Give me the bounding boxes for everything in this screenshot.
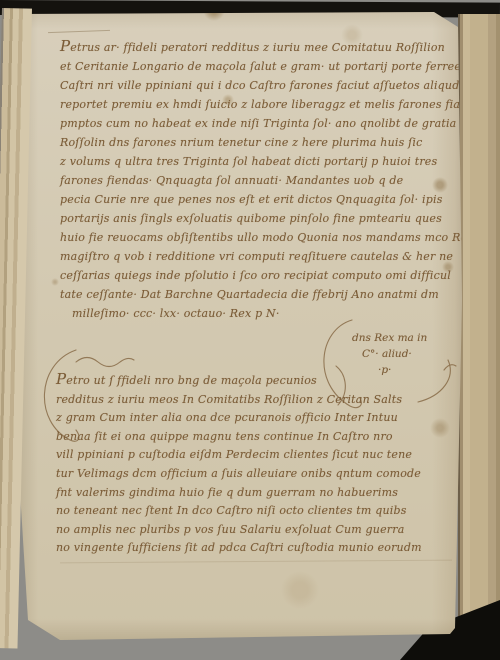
text-line: Petro ut ſ ffideli nro bng de maçola pec… (56, 370, 422, 391)
entry-first-text-block: Petrus ar· ffideli peratori redditus z i… (60, 37, 489, 323)
text-line: pecia Curie nre que penes nos eſt et eri… (60, 190, 489, 209)
text-line: Petrus ar· ffideli peratori redditus z i… (60, 37, 489, 57)
text-line: portarijs anis ſingls exſoluatis quibome… (60, 209, 489, 228)
text-line: magiſtro q vob i redditione vri computi … (60, 247, 489, 266)
crease-line-top (48, 30, 110, 33)
text-line: reportet premiu ex hmdi ſuicio z labore … (60, 95, 489, 114)
text-line: benaa ſit ei ona quippe magnu tens conti… (56, 428, 422, 447)
page-stack-fore-edge-right (458, 14, 500, 626)
entry-second-text-block: Petro ut ſ ffideli nro bng de maçola pec… (56, 370, 422, 558)
text-line: milleſimo· ccc· lxx· octauo· Rex p N· (72, 304, 489, 323)
manuscript-photo: Petrus ar· ffideli peratori redditus z i… (0, 0, 500, 660)
manuscript-page: Petrus ar· ffideli peratori redditus z i… (6, 10, 464, 644)
margin-note-line: dns Rex ma in (352, 330, 427, 346)
text-line: redditus z iuriu meos In Comitatibs Roſſ… (56, 391, 422, 410)
text-line: no amplis nec pluribs p vos ſuu Salariu … (56, 521, 422, 540)
text-line: huio fie reuocams obſiſtentibs ullo modo… (60, 228, 489, 247)
text-line: vill ppiniani p cuſtodia eiſdm Perdecim … (56, 446, 422, 465)
text-line: Roſſolin dns farones nrium tenetur cine … (60, 133, 489, 152)
text-line: tate ceſſante· Dat Barchne Quartadecia d… (60, 285, 489, 304)
text-line: no teneant nec ſtent In dco Caſtro niſi … (56, 502, 422, 521)
text-line: Caſtri nri ville ppiniani qui i dco Caſt… (60, 76, 489, 95)
text-line: tur Velimags dcm officium a ſuis alleuia… (56, 465, 422, 484)
text-line: ceſſarias quiegs inde pſolutio i ſco oro… (60, 266, 489, 285)
text-line: fnt valerims gindima huio fie q dum guer… (56, 484, 422, 503)
text-line: z gram Cum inter alia ona dce pcuranois … (56, 409, 422, 428)
margin-note-line: C°· aliud· (362, 346, 427, 362)
text-line: no vingente ſufficiens ſit ad pdca Caſtr… (56, 539, 422, 558)
text-line: farones fiendas· Qnquagta ſol annuati· M… (60, 171, 489, 190)
text-line: z volums q ultra tres Triginta ſol habea… (60, 152, 489, 171)
crease-line-bottom (60, 560, 452, 564)
text-line: pmptos cum no habeat ex inde niſi Trigin… (60, 114, 489, 133)
text-line: et Ceritanie Longario de maçola ſalut e … (60, 57, 489, 76)
